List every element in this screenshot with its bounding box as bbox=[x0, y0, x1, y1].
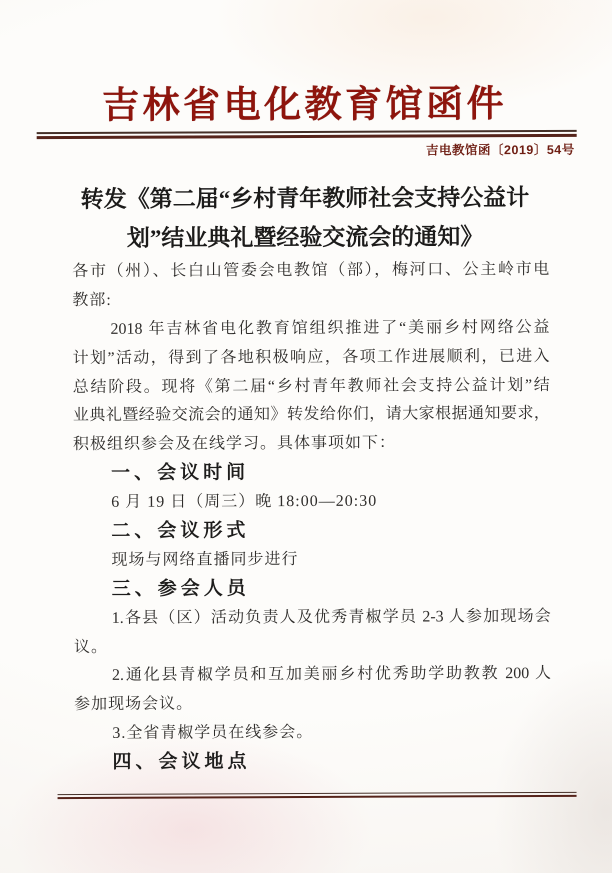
body-line: 总结阶段。现将《第二届“乡村青年教师社会支持公益计划”结 bbox=[73, 371, 550, 402]
subject-title-line1: 转发《第二届“乡村青年教师社会支持公益计 bbox=[57, 178, 553, 219]
body-line: 议。 bbox=[74, 632, 551, 663]
scanned-letter: 吉林省电化教育馆函件 吉电教馆函〔2019〕54号 转发《第二届“乡村青年教师社… bbox=[0, 0, 612, 873]
body-line: 计划”活动，得到了各地积极响应，各项工作进展顺利，已进入 bbox=[73, 343, 550, 374]
body-line: 1.各县（区）活动负责人及优秀青椒学员 2-3 人参加现场会 bbox=[74, 603, 551, 634]
body-line: 参加现场会议。 bbox=[74, 689, 551, 720]
body-line: 业典礼暨经验交流会的通知》转发给你们，请大家根据通知要求， bbox=[73, 400, 550, 431]
body-text: 各市（州）、长白山管委会电教馆（部），梅河口、公主岭市电教部:2018 年吉林省… bbox=[72, 256, 551, 778]
body-line: 现场与网络直播同步进行 bbox=[73, 545, 550, 576]
body-line: 积极组织参会及在线学习。具体事项如下： bbox=[73, 429, 550, 460]
subject-title-line2: 划”结业典礼暨经验交流会的通知》 bbox=[57, 217, 553, 258]
letterhead-rule bbox=[37, 130, 577, 139]
letterhead-title: 吉林省电化教育馆函件 bbox=[0, 73, 611, 130]
body-line: 6 月 19 日（周三）晚 18:00—20:30 bbox=[73, 487, 550, 518]
body-line: 2.通化县青椒学员和互加美丽乡村优秀助学助教教 200 人 bbox=[74, 660, 551, 691]
doc-number: 吉电教馆函〔2019〕54号 bbox=[0, 140, 575, 161]
body-line: 教部: bbox=[72, 285, 549, 316]
footer-rule bbox=[58, 792, 577, 799]
section-heading: 四、会议地点 bbox=[74, 747, 551, 778]
body-line: 3.全省青椒学员在线参会。 bbox=[74, 718, 551, 749]
body-line: 各市（州）、长白山管委会电教馆（部），梅河口、公主岭市电 bbox=[72, 256, 549, 287]
section-heading: 三、参会人员 bbox=[74, 574, 551, 605]
body-line: 2018 年吉林省电化教育馆组织推进了“美丽乡村网络公益 bbox=[72, 314, 549, 345]
section-heading: 二、会议形式 bbox=[73, 516, 550, 547]
section-heading: 一、会议时间 bbox=[73, 458, 550, 489]
document-page: 吉林省电化教育馆函件 吉电教馆函〔2019〕54号 转发《第二届“乡村青年教师社… bbox=[0, 0, 612, 873]
subject-title: 转发《第二届“乡村青年教师社会支持公益计 划”结业典礼暨经验交流会的通知》 bbox=[57, 178, 553, 258]
